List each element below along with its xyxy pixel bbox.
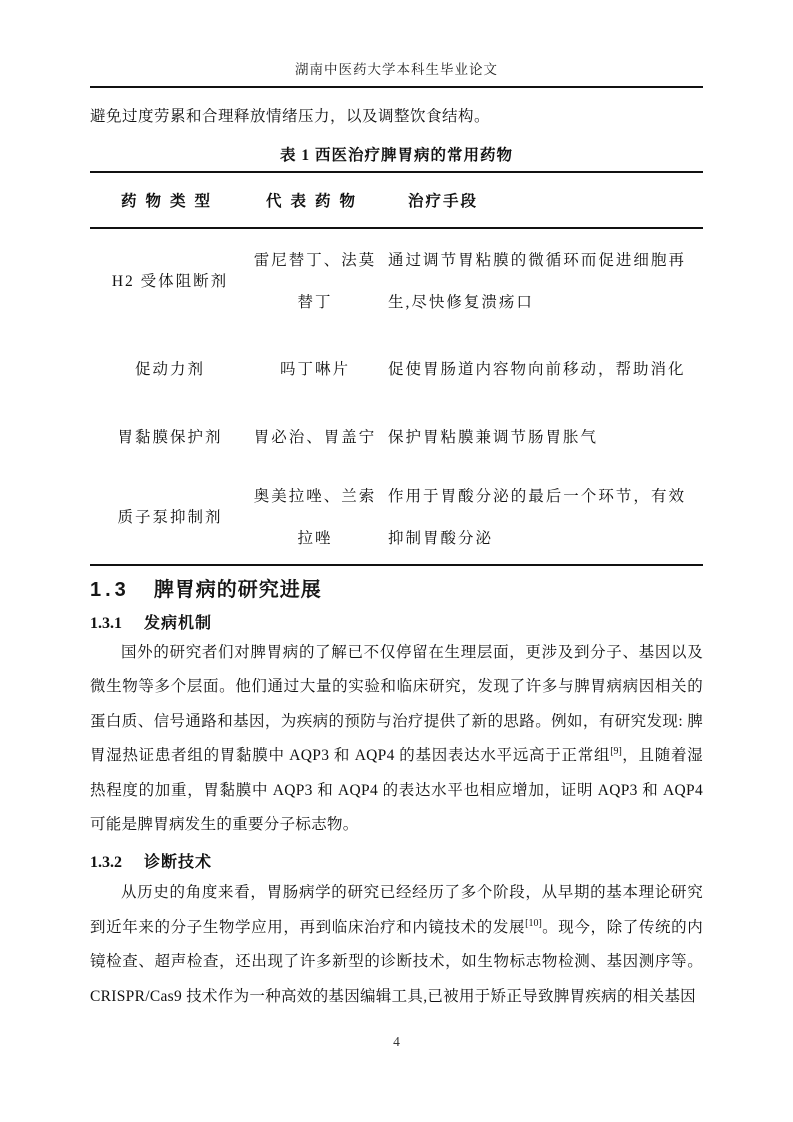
table-row: 胃黏膜保护剂 胃必治、胃盖宁 保护胃粘膜兼调节肠胃胀气 xyxy=(90,405,703,472)
subsection-number: 1.3.2 xyxy=(90,854,122,871)
running-header: 湖南中医药大学本科生毕业论文 xyxy=(90,61,703,88)
subsection-heading-1-3-2: 1.3.2诊断技术 xyxy=(90,852,703,873)
cell-method: 通过调节胃粘膜的微循环而促进细胞再生,尽快修复溃疡口 xyxy=(380,228,703,336)
section-title: 脾胃病的研究进展 xyxy=(154,579,322,601)
cell-drug-type: H2 受体阻断剂 xyxy=(90,228,250,336)
cell-drug-type: 胃黏膜保护剂 xyxy=(90,405,250,472)
subsection-number: 1.3.1 xyxy=(90,615,122,632)
column-header-treatment-method: 治疗手段 xyxy=(380,172,703,228)
cell-drugs: 吗丁啉片 xyxy=(250,336,380,405)
cell-drugs: 奥美拉唑、兰索拉唑 xyxy=(250,472,380,565)
column-header-drug-type: 药物类型 xyxy=(90,172,250,228)
cell-drugs: 雷尼替丁、法莫替丁 xyxy=(250,228,380,336)
cell-method: 促使胃肠道内容物向前移动，帮助消化 xyxy=(380,336,703,405)
cell-method: 保护胃粘膜兼调节肠胃胀气 xyxy=(380,405,703,472)
cell-drug-type: 质子泵抑制剂 xyxy=(90,472,250,565)
table-row: 促动力剂 吗丁啉片 促使胃肠道内容物向前移动，帮助消化 xyxy=(90,336,703,405)
body-paragraph-diagnostics: 从历史的角度来看，胃肠病学的研究已经经历了多个阶段，从早期的基本理论研究到近年来… xyxy=(90,876,703,1014)
citation-ref: [10] xyxy=(525,918,542,929)
citation-ref: [9] xyxy=(610,746,622,757)
table-header-row: 药物类型 代表药物 治疗手段 xyxy=(90,172,703,228)
subsection-heading-1-3-1: 1.3.1发病机制 xyxy=(90,613,703,634)
cell-drug-type: 促动力剂 xyxy=(90,336,250,405)
page-number: 4 xyxy=(0,1034,793,1050)
subsection-title: 发病机制 xyxy=(144,615,212,632)
table-row: H2 受体阻断剂 雷尼替丁、法莫替丁 通过调节胃粘膜的微循环而促进细胞再生,尽快… xyxy=(90,228,703,336)
table-row: 质子泵抑制剂 奥美拉唑、兰索拉唑 作用于胃酸分泌的最后一个环节，有效抑制胃酸分泌 xyxy=(90,472,703,565)
table-caption: 表 1 西医治疗脾胃病的常用药物 xyxy=(90,145,703,167)
medication-table: 药物类型 代表药物 治疗手段 H2 受体阻断剂 雷尼替丁、法莫替丁 通过调节胃粘… xyxy=(90,171,703,566)
body-paragraph-pathogenesis: 国外的研究者们对脾胃病的了解已不仅停留在生理层面，更涉及到分子、基因以及微生物等… xyxy=(90,636,703,844)
cell-drugs: 胃必治、胃盖宁 xyxy=(250,405,380,472)
thesis-page: 湖南中医药大学本科生毕业论文 避免过度劳累和合理释放情绪压力，以及调整饮食结构。… xyxy=(0,0,793,1122)
section-heading-1-3: 1.3脾胃病的研究进展 xyxy=(90,577,703,604)
paragraph-continuation: 避免过度劳累和合理释放情绪压力，以及调整饮食结构。 xyxy=(90,105,703,129)
cell-method: 作用于胃酸分泌的最后一个环节，有效抑制胃酸分泌 xyxy=(380,472,703,565)
column-header-representative-drugs: 代表药物 xyxy=(250,172,380,228)
section-number: 1.3 xyxy=(90,579,130,601)
subsection-title: 诊断技术 xyxy=(144,854,212,871)
